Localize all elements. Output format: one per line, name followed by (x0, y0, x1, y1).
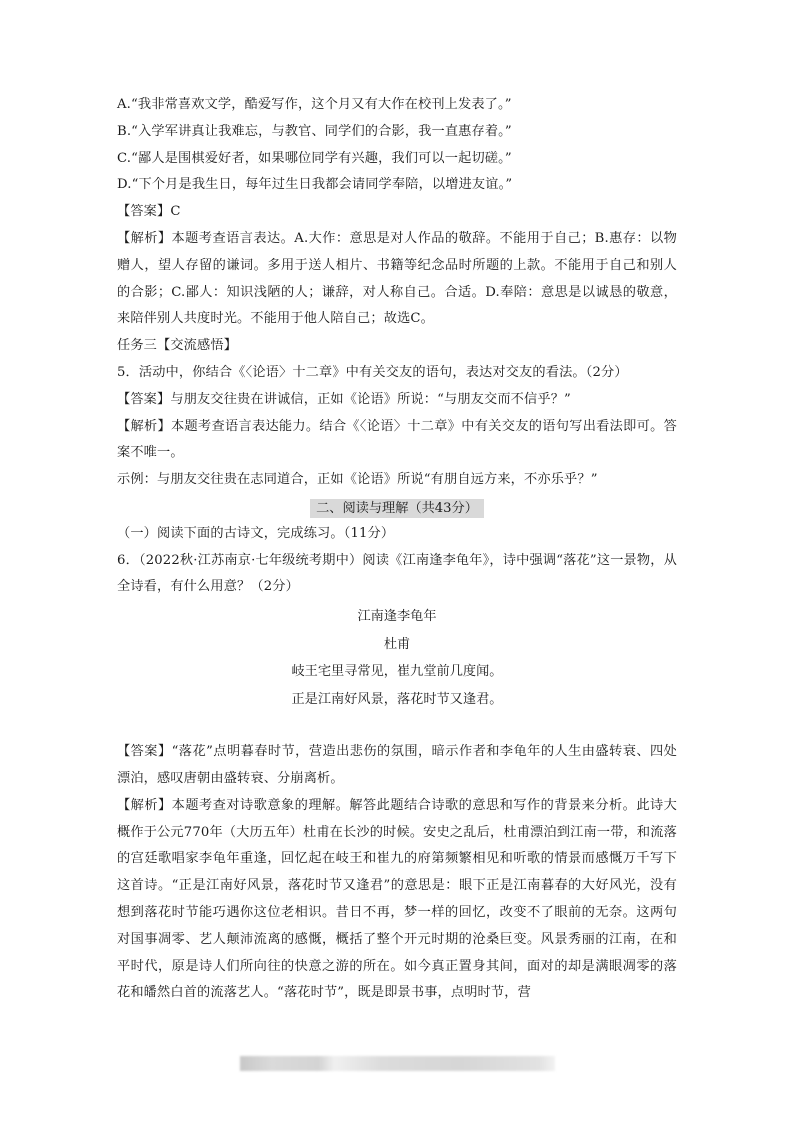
q5-answer: 【答案】与朋友交往贵在讲诚信，正如《论语》所说：“与朋友交而不信乎？” (117, 387, 677, 414)
q5-example: 示例：与朋友交往贵在志同道合，正如《论语》所说“有朋自远方来，不亦乐乎？” (117, 467, 677, 494)
q6-question: 6．（2022秋·江苏南京·七年级统考期中）阅读《江南逢李龟年》，诗中强调“落花… (117, 548, 677, 602)
poem-line: 正是江南好风景，落花时节又逢君。 (117, 686, 677, 714)
task3-title: 任务三【交流感悟】 (117, 333, 677, 360)
q5-question: 5．活动中，你结合《〈论语〉十二章》中有关交友的语句，表达对交友的看法。（2分） (117, 360, 677, 387)
part1-title: （一）阅读下面的古诗文，完成练习。（11分） (117, 521, 677, 548)
analysis-text: 本题考查语言表达。A.大作：意思是对人作品的敬辞。不能用于自己；B.惠存：以物赠… (117, 231, 677, 326)
section-heading-row: 二、阅读与理解（共43分） (117, 494, 677, 521)
q4-analysis: 【解析】本题考查语言表达。A.大作：意思是对人作品的敬辞。不能用于自己；B.惠存… (117, 226, 677, 333)
poem-title: 江南逢李龟年 (117, 603, 677, 631)
poem: 江南逢李龟年 杜甫 岐王宅里寻常见，崔九堂前几度闻。 正是江南好风景，落花时节又… (117, 603, 677, 713)
option-b: B.“入学军讲真让我难忘，与教官、同学们的合影，我一直惠存着。” (117, 119, 677, 146)
option-a: A.“我非常喜欢文学，酷爱写作，这个月又有大作在校刊上发表了。” (117, 92, 677, 119)
option-d: D.“下个月是我生日，每年过生日我都会请同学奉陪，以增进友谊。” (117, 172, 677, 199)
poem-author: 杜甫 (117, 631, 677, 659)
answer-tag: 【答案】 (117, 744, 172, 759)
analysis-tag: 【解析】 (117, 798, 172, 813)
section-heading: 二、阅读与理解（共43分） (310, 499, 484, 518)
document-page: A.“我非常喜欢文学，酷爱写作，这个月又有大作在校刊上发表了。” B.“入学军讲… (117, 92, 677, 1007)
analysis-tag: 【解析】 (117, 231, 172, 246)
answer-text: 与朋友交往贵在讲诚信，正如《论语》所说：“与朋友交而不信乎？” (170, 392, 571, 407)
answer-text: “落花”点明暮春时节，营造出悲伤的氛围，暗示作者和李龟年的人生由盛转衰、四处漂泊… (117, 744, 677, 786)
poem-line: 岐王宅里寻常见，崔九堂前几度闻。 (117, 658, 677, 686)
q4-answer: 【答案】C (117, 199, 677, 226)
spacer (117, 713, 677, 739)
analysis-text: 本题考查对诗歌意象的理解。解答此题结合诗歌的意思和写作的背景来分析。此诗大概作于… (117, 798, 677, 1001)
answer-text: C (170, 204, 180, 219)
q6-analysis: 【解析】本题考查对诗歌意象的理解。解答此题结合诗歌的意思和写作的背景来分析。此诗… (117, 793, 677, 1007)
answer-tag: 【答案】 (117, 204, 170, 219)
answer-tag: 【答案】 (117, 392, 170, 407)
option-c: C.“鄙人是围棋爱好者，如果哪位同学有兴趣，我们可以一起切磋。” (117, 146, 677, 173)
q6-answer: 【答案】“落花”点明暮春时节，营造出悲伤的氛围，暗示作者和李龟年的人生由盛转衰、… (117, 739, 677, 793)
analysis-tag: 【解析】 (117, 419, 171, 434)
analysis-text: 本题考查语言表达能力。结合《〈论语〉十二章》中有关交友的语句写出看法即可。答案不… (117, 419, 677, 461)
q5-analysis: 【解析】本题考查语言表达能力。结合《〈论语〉十二章》中有关交友的语句写出看法即可… (117, 414, 677, 468)
blurred-footer (240, 1056, 555, 1071)
